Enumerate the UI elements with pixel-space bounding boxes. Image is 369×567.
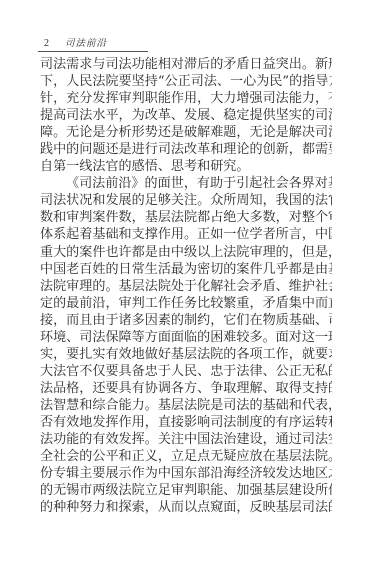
text-line: 法院审理的。基层法院处于化解社会矛盾、维护社会稳: [40, 278, 332, 295]
text-line: 全社会的公平和正义，立足点无疑应放在基层法院。这: [40, 448, 332, 465]
text-line: 大法官不仅要具备忠于人民、忠于法律、公正无私的司: [40, 363, 332, 380]
text-line: 的种种努力和探索，从而以点窥面，反映基层司法的发: [40, 499, 332, 516]
text-line: 的无锡市两级法院立足审判职能、加强基层建设所作出: [40, 482, 332, 499]
text-line: 自第一线法官的感悟、思考和研究。: [40, 158, 332, 175]
text-line: 定的最前沿，审判工作任务比较繁重，矛盾集中而直: [40, 295, 332, 312]
text-line: 中国老百姓的日常生活最为密切的案件几乎都是由基层: [40, 261, 332, 278]
text-line: 重大的案件也许都是由中级以上法院审理的，但是，与: [40, 244, 332, 261]
text-line: 司法需求与司法功能相对滞后的矛盾日益突出。新形势: [40, 56, 332, 73]
text-line: 数和审判案件数，基层法院都占绝大多数，对整个审判: [40, 209, 332, 226]
text-line: 环境、司法保障等方面面临的困难较多。面对这一现: [40, 329, 332, 346]
text-line: 下，人民法院要坚持“公正司法、一心为民”的指导方: [40, 73, 332, 90]
text-line: 否有效地发挥作用，直接影响司法制度的有序运转和司: [40, 414, 332, 431]
text-line: 障。无论是分析形势还是破解难题，无论是解决司法实: [40, 124, 332, 141]
text-line: 接，而且由于诸多因素的制约，它们在物质基础、司法: [40, 312, 332, 329]
page-number: 2: [44, 38, 49, 50]
text-line: 法品格，还要具有协调各方、争取理解、取得支持的司: [40, 380, 332, 397]
text-line: 《司法前沿》的面世，有助于引起社会各界对基层: [40, 175, 332, 192]
text-line: 法功能的有效发挥。关注中国法治建设，通过司法实现: [40, 431, 332, 448]
text-line: 践中的问题还是进行司法改革和理论的创新，都需要来: [40, 141, 332, 158]
text-line: 实，要扎实有效地做好基层法院的各项工作，就要求广: [40, 346, 332, 363]
text-line: 提高司法水平，为改革、发展、稳定提供坚实的司法保: [40, 107, 332, 124]
text-line: 司法状况和发展的足够关注。众所周知，我国的法官人: [40, 192, 332, 209]
running-title: 司法前沿: [65, 38, 107, 50]
text-line: 法智慧和综合能力。基层法院是司法的基础和代表，能: [40, 397, 332, 414]
text-line: 针，充分发挥审判职能作用，大力增强司法能力，不断: [40, 90, 332, 107]
page-header: 2 司法前沿: [38, 38, 148, 52]
text-line: 体系起着基础和支撑作用。正如一位学者所言，中国最: [40, 226, 332, 243]
text-line: 份专辑主要展示作为中国东部沿海经济较发达地区之一: [40, 465, 332, 482]
body-text: 司法需求与司法功能相对滞后的矛盾日益突出。新形势下，人民法院要坚持“公正司法、一…: [40, 56, 332, 516]
